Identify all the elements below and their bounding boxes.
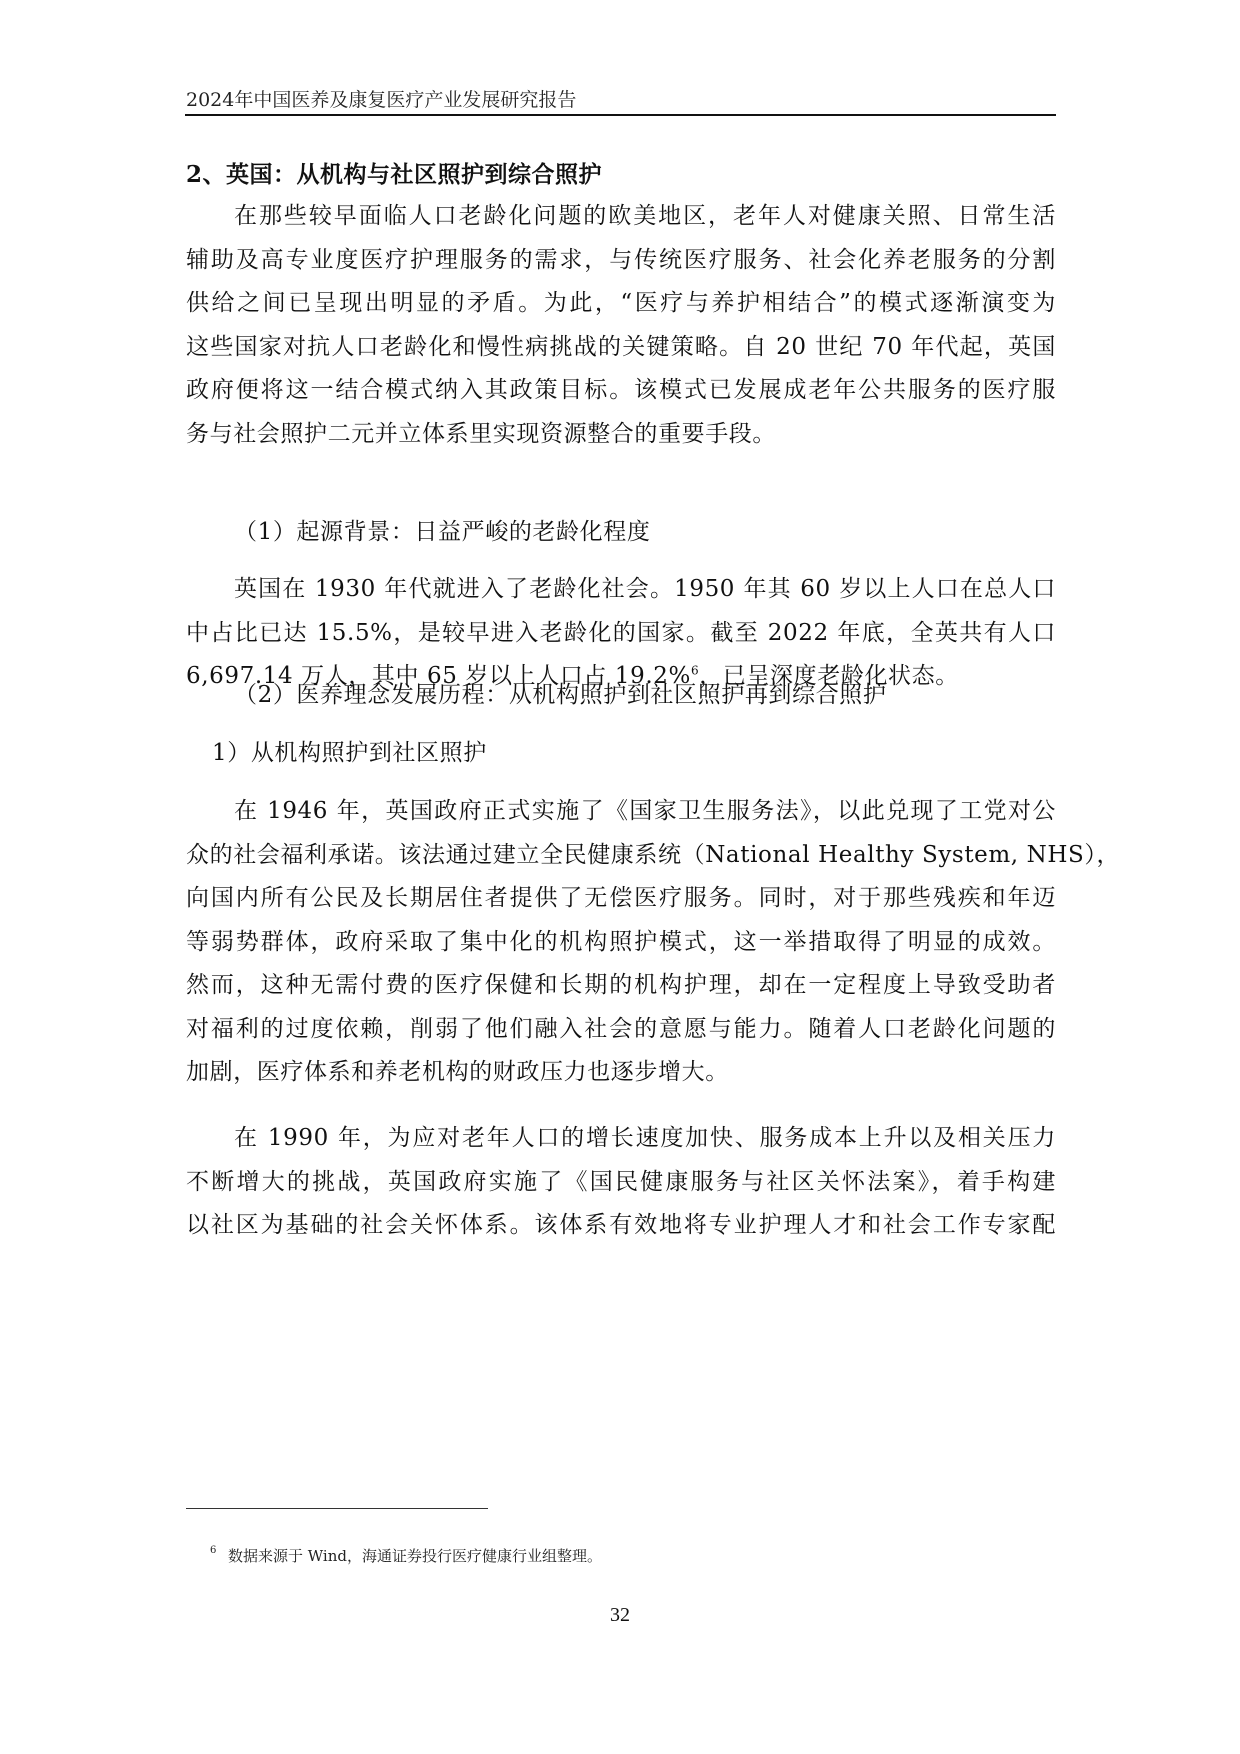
text-line: 对福利的过度依赖，削弱了他们融入社会的意愿与能力。随着人口老龄化问题的 <box>186 1008 1056 1052</box>
subheading-development-history: （2）医养理念发展历程：从机构照护到社区照护再到综合照护 <box>234 680 886 710</box>
text-line: 在 1990 年，为应对老年人口的增长速度加快、服务成本上升以及相关压力 <box>186 1117 1056 1161</box>
running-header: 2024年中国医养及康复医疗产业发展研究报告 <box>186 88 1056 112</box>
text-line: 在那些较早面临人口老龄化问题的欧美地区，老年人对健康关照、日常生活 <box>186 195 1056 239</box>
text-line: 辅助及高专业度医疗护理服务的需求，与传统医疗服务、社会化养老服务的分割 <box>186 239 1056 283</box>
text-line: 向国内所有公民及长期居住者提供了无偿医疗服务。同时，对于那些残疾和年迈 <box>186 877 1056 921</box>
text-line: 等弱势群体，政府采取了集中化的机构照护模式，这一举措取得了明显的成效。 <box>186 921 1056 965</box>
paragraph-uk-aging: 英国在 1930 年代就进入了老龄化社会。1950 年其 60 岁以上人口在总人… <box>186 568 1056 699</box>
text-line: 不断增大的挑战，英国政府实施了《国民健康服务与社区关怀法案》，着手构建 <box>186 1161 1056 1205</box>
text-line: 供给之间已呈现出明显的矛盾。为此，“医疗与养护相结合”的模式逐渐演变为 <box>186 282 1056 326</box>
text-line: 务与社会照护二元并立体系里实现资源整合的重要手段。 <box>186 413 1056 457</box>
paragraph-community-care-1990: 在 1990 年，为应对老年人口的增长速度加快、服务成本上升以及相关压力 不断增… <box>186 1117 1056 1248</box>
text-line: 这些国家对抗人口老龄化和慢性病挑战的关键策略。自 20 世纪 70 年代起，英国 <box>186 326 1056 370</box>
section-title: 2、英国：从机构与社区照护到综合照护 <box>186 160 602 190</box>
footnote: 6数据来源于 Wind，海通证券投行医疗健康行业组整理。 <box>228 1545 602 1567</box>
text-line: 然而，这种无需付费的医疗保健和长期的机构护理，却在一定程度上导致受助者 <box>186 964 1056 1008</box>
text-line: 以社区为基础的社会关怀体系。该体系有效地将专业护理人才和社会工作专家配 <box>186 1204 1056 1248</box>
text-line: 在 1946 年，英国政府正式实施了《国家卫生服务法》，以此兑现了工党对公 <box>186 790 1056 834</box>
text-line: 英国在 1930 年代就进入了老龄化社会。1950 年其 60 岁以上人口在总人… <box>186 568 1056 612</box>
text-line: 众的社会福利承诺。该法通过建立全民健康系统（National Healthy S… <box>186 834 1056 878</box>
footnote-reference[interactable]: 6 <box>691 663 699 677</box>
document-page: 2024年中国医养及康复医疗产业发展研究报告 2、英国：从机构与社区照护到综合照… <box>0 0 1240 1754</box>
footnote-divider <box>186 1508 488 1509</box>
paragraph-nhs-1946: 在 1946 年，英国政府正式实施了《国家卫生服务法》，以此兑现了工党对公 众的… <box>186 790 1056 1095</box>
text-line: 中占比已达 15.5%，是较早进入老龄化的国家。截至 2022 年底，全英共有人… <box>186 612 1056 656</box>
paragraph-intro: 在那些较早面临人口老龄化问题的欧美地区，老年人对健康关照、日常生活 辅助及高专业… <box>186 195 1056 456</box>
text-line: 政府便将这一结合模式纳入其政策目标。该模式已发展成老年公共服务的医疗服 <box>186 369 1056 413</box>
page-number: 32 <box>0 1604 1240 1627</box>
text-line: 加剧，医疗体系和养老机构的财政压力也逐步增大。 <box>186 1051 1056 1095</box>
header-divider <box>185 114 1056 116</box>
footnote-text: 数据来源于 Wind，海通证券投行医疗健康行业组整理。 <box>228 1547 602 1565</box>
subheading-institution-to-community: 1）从机构照护到社区照护 <box>212 738 487 768</box>
subheading-origin-background: （1）起源背景：日益严峻的老龄化程度 <box>234 517 650 547</box>
